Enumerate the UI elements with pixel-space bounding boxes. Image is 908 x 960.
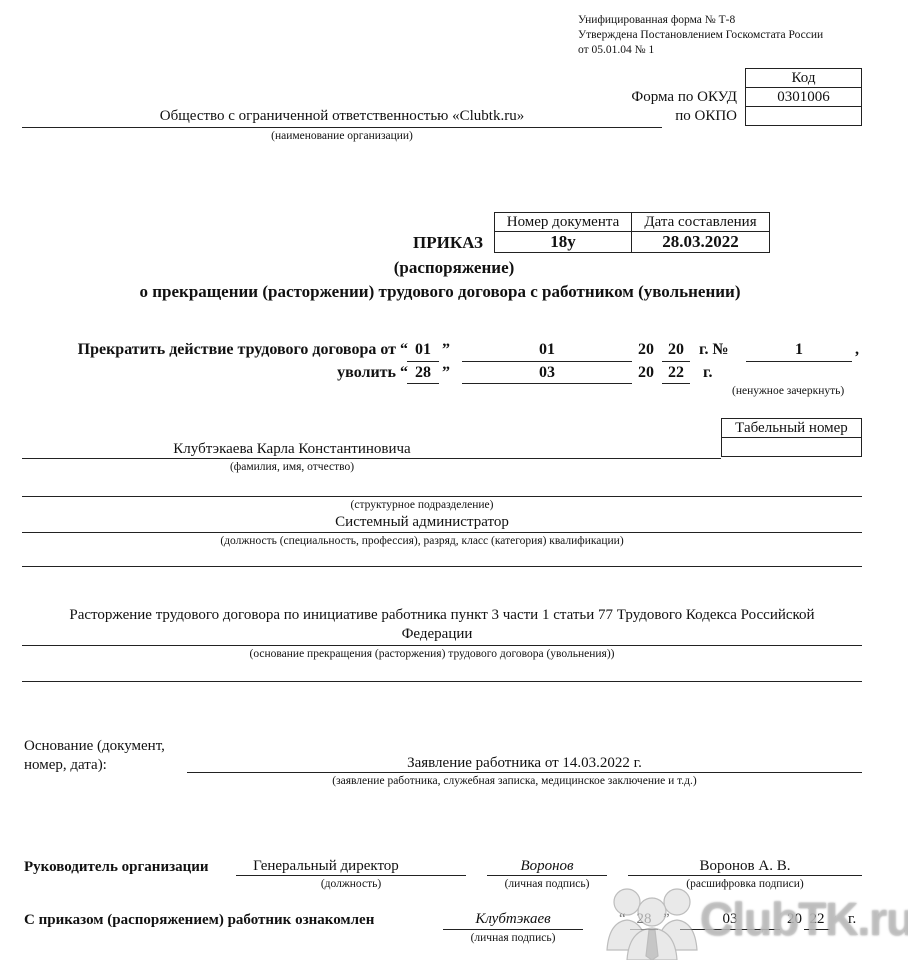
grounds-caption: (основание прекращения (расторжения) тру… [22, 648, 862, 660]
tab-number-value[interactable] [722, 438, 862, 457]
contract-year[interactable]: 20 [662, 341, 690, 359]
employee-signature-line [443, 929, 583, 930]
contract-day[interactable]: 01 [407, 341, 439, 359]
employee-name[interactable]: Клубтэкаева Карла Константиновича [22, 441, 722, 458]
okud-value: 0301006 [746, 88, 862, 107]
organization-line [22, 127, 662, 128]
head-position[interactable]: Генеральный директор [236, 858, 466, 875]
watermark-text: ClubTK.ru [700, 892, 908, 946]
head-signature[interactable]: Воронов [487, 858, 607, 875]
head-signature-caption: (личная подпись) [487, 878, 607, 890]
document-date[interactable]: 28.03.2022 [632, 232, 770, 253]
organization-caption: (наименование организации) [22, 130, 662, 142]
position-line [22, 532, 862, 533]
document-number[interactable]: 18у [495, 232, 632, 253]
order-heading: о прекращении (расторжении) трудового до… [0, 282, 880, 302]
contract-no-label: г. № [699, 341, 729, 359]
head-position-caption: (должность) [236, 878, 466, 890]
dismiss-day[interactable]: 28 [407, 364, 439, 382]
form-line-1: Унифицированная форма № Т-8 [578, 13, 823, 28]
head-signature-line [487, 875, 607, 876]
ack-label: С приказом (распоряжением) работник озна… [24, 912, 374, 929]
head-label: Руководитель организации [24, 859, 209, 876]
department-caption: (структурное подразделение) [22, 499, 862, 511]
document-number-header: Номер документа [495, 213, 632, 232]
position-extra-line [22, 566, 862, 567]
okud-label: Форма по ОКУД [560, 89, 737, 106]
employee-name-line [22, 458, 721, 459]
head-decoding[interactable]: Воронов А. В. [628, 858, 862, 875]
document-date-header: Дата составления [632, 213, 770, 232]
position[interactable]: Системный администратор [22, 514, 862, 531]
basis-label: Основание (документ, номер, дата): [24, 737, 165, 775]
dismiss-day-line [407, 383, 439, 384]
form-info: Унифицированная форма № Т-8 Утверждена П… [578, 13, 823, 58]
comma: , [855, 341, 859, 359]
contract-month-line [462, 361, 632, 362]
tab-number-header: Табельный номер [722, 419, 862, 438]
dismiss-month[interactable]: 03 [462, 364, 632, 382]
people-icon [605, 880, 700, 960]
code-header: Код [746, 69, 862, 88]
document-info-table: Номер документа Дата составления 18у 28.… [494, 212, 770, 253]
dismiss-year-line [662, 383, 690, 384]
dismiss-year-suffix: г. [703, 364, 712, 382]
tab-number-table: Табельный номер [721, 418, 862, 457]
grounds-extra-line [22, 681, 862, 682]
contract-number-line [746, 361, 852, 362]
strike-note: (ненужное зачеркнуть) [732, 385, 844, 397]
employee-signature[interactable]: Клубтэкаев [443, 911, 583, 928]
basis-label-line2: номер, дата): [24, 756, 165, 775]
form-line-2: Утверждена Постановлением Госкомстата Ро… [578, 28, 823, 43]
basis-line [187, 772, 862, 773]
dismiss-month-line [462, 383, 632, 384]
department-line [22, 496, 862, 497]
quote-close-2: ” [442, 364, 450, 382]
dismiss-century: 20 [638, 364, 654, 382]
position-caption: (должность (специальность, профессия), р… [22, 535, 862, 547]
order-subtitle: (распоряжение) [0, 258, 908, 278]
grounds-text-line1[interactable]: Расторжение трудового договора по инициа… [22, 607, 862, 624]
order-title: ПРИКАЗ [300, 233, 483, 253]
organization-name[interactable]: Общество с ограниченной ответственностью… [22, 108, 662, 125]
basis-label-line1: Основание (документ, [24, 737, 165, 756]
contract-month[interactable]: 01 [462, 341, 632, 359]
employee-name-caption: (фамилия, имя, отчество) [22, 461, 722, 473]
contract-number[interactable]: 1 [746, 341, 852, 359]
quote-close-1: ” [442, 341, 450, 359]
form-line-3: от 05.01.04 № 1 [578, 43, 823, 58]
head-decoding-line [628, 875, 862, 876]
grounds-line [22, 645, 862, 646]
contract-year-line [662, 361, 690, 362]
basis-caption: (заявление работника, служебная записка,… [187, 775, 862, 787]
terminate-label: Прекратить действие трудового договора о… [0, 341, 408, 359]
basis-value[interactable]: Заявление работника от 14.03.2022 г. [187, 755, 862, 772]
grounds-text-line2[interactable]: Федерации [22, 626, 862, 643]
okpo-value[interactable] [746, 107, 862, 126]
dismiss-year[interactable]: 22 [662, 364, 690, 382]
code-table: Код 0301006 [745, 68, 862, 126]
dismiss-label: уволить “ [0, 364, 408, 382]
contract-day-line [407, 361, 439, 362]
contract-century: 20 [638, 341, 654, 359]
employee-signature-caption: (личная подпись) [443, 932, 583, 944]
head-position-line [236, 875, 466, 876]
